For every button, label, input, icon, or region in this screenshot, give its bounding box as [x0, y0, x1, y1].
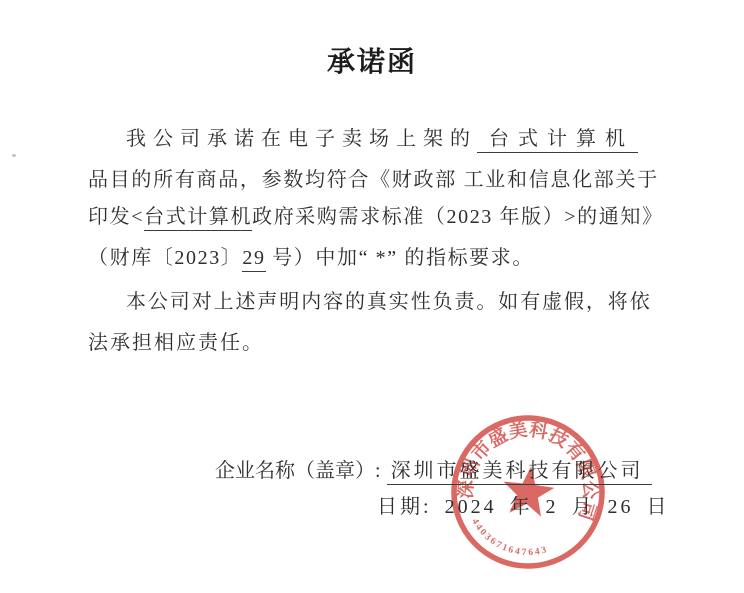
body-line-6: 法承担相应责任。: [88, 331, 264, 355]
signature-date-line: 日期: 2024 年 2 月 26 日: [377, 490, 670, 519]
scanned-commitment-letter: 深圳市盛美科技有限公司 4403671647643 承诺函 我公司承诺在电子卖场…: [0, 0, 744, 593]
signature-company-line: 企业名称（盖章）:深圳市盛美科技有限公司: [215, 454, 652, 483]
body-line-4: （财库〔2023〕29 号）中加“ *” 的指标要求。: [88, 246, 534, 270]
date-label: 日期:: [377, 496, 432, 518]
line1-underlined-product: 台式计算机: [477, 128, 638, 153]
document-title: 承诺函: [0, 40, 744, 80]
line1-text: 我公司承诺在电子卖场上架的: [126, 128, 477, 150]
body-line-2: 品目的所有商品，参数均符合《财政部 工业和信息化部关于: [88, 168, 659, 192]
scan-speck: [12, 154, 16, 157]
body-line-5: 本公司对上述声明内容的真实性负责。如有虚假，将依: [126, 290, 652, 314]
seal-serial-number: 4403671647643: [466, 516, 554, 561]
body-line-1: 我公司承诺在电子卖场上架的台式计算机: [126, 127, 638, 151]
line3-post: 政府采购需求标准（2023 年版）>的通知》: [252, 206, 663, 228]
company-name-label: 企业名称（盖章）:: [215, 460, 381, 482]
date-value: 2024 年 2 月 26 日: [445, 496, 670, 518]
line4-pre: （财库〔2023〕: [88, 247, 242, 269]
body-line-3: 印发<台式计算机政府采购需求标准（2023 年版）>的通知》: [88, 205, 664, 229]
line4-post: 号）中加“ *” 的指标要求。: [266, 247, 534, 269]
line3-pre: 印发<: [88, 206, 144, 228]
line4-underlined-number: 29: [242, 247, 265, 272]
line3-underlined-product: 台式计算机: [144, 206, 252, 231]
company-name-value: 深圳市盛美科技有限公司: [387, 460, 652, 485]
